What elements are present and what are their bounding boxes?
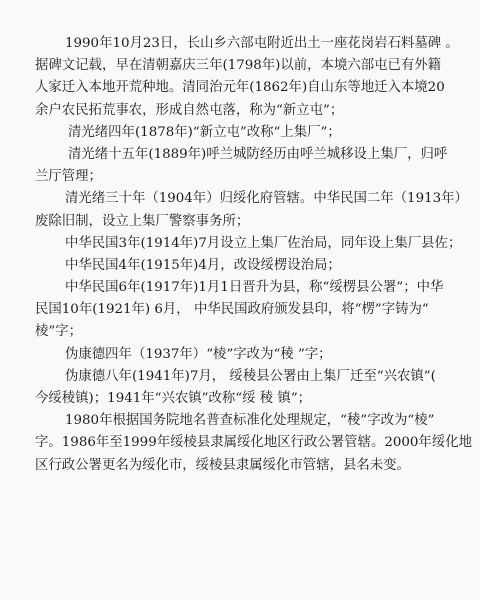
- paragraph-line: 清光绪四年(1878年)“新立屯”改称“上集厂”；: [35, 122, 450, 144]
- paragraph-line: 废除旧制，设立上集厂警察事务所；: [35, 211, 450, 233]
- paragraph-line: 今绥稜镇)；1941年“兴农镇”改称“绥 稜 镇”；: [35, 388, 450, 410]
- paragraph-line: 余户农民拓荒事农，形成自然屯落，称为“新立屯”；: [35, 100, 450, 122]
- paragraph-line: 据碑文记载，早在清朝嘉庆三年(1798年)以前，本境六部屯已有外籍: [35, 55, 450, 77]
- paragraph-line: 区行政公署更名为绥化市，绥棱县隶属绥化市管辖，县名未变。: [35, 455, 450, 477]
- paragraph-line: 人家迁入本地开荒种地。清同治元年(1862年)自山东等地迁入本境20: [35, 77, 450, 99]
- paragraph-line: 伪康德四年（1937年）“棱”字改为“稜 ”字；: [35, 344, 450, 366]
- paragraph-line: 1980年根据国务院地名普查标准化处理规定，“稜”字改为“棱”: [35, 410, 450, 432]
- paragraph-line: 1990年10月23日，长山乡六部屯附近出土一座花岗岩石料墓碑 。: [35, 33, 450, 55]
- paragraph-line: 清光绪十五年(1889年)呼兰城防经历由呼兰城移设上集厂，归呼: [35, 144, 450, 166]
- paragraph-line: 中华民国6年(1917年)1月1日晋升为县，称“绥楞县公署”；中华: [35, 277, 450, 299]
- paragraph-line: 棱”字；: [35, 321, 450, 343]
- document-body: 1990年10月23日，长山乡六部屯附近出土一座花岗岩石料墓碑 。 据碑文记载，…: [35, 33, 450, 477]
- paragraph-line: 清光绪三十年（1904年）归绥化府管辖。中华民国二年（1913年）: [35, 188, 450, 210]
- paragraph-line: 兰厅管理；: [35, 166, 450, 188]
- paragraph-line: 中华民国3年(1914年)7月设立上集厂佐治局，同年设上集厂县佐；: [35, 233, 450, 255]
- paragraph-line: 中华民国4年(1915年)4月，改设绥楞设治局；: [35, 255, 450, 277]
- paragraph-line: 字。1986年至1999年绥棱县隶属绥化地区行政公署管辖。2000年绥化地: [35, 432, 450, 454]
- paragraph-line: 伪康德八年(1941年)7月， 绥稜县公署由上集厂迁至“兴农镇”(: [35, 366, 450, 388]
- paragraph-line: 民国10年(1921年) 6月， 中华民国政府颁发县印，将“楞”字铸为“: [35, 299, 450, 321]
